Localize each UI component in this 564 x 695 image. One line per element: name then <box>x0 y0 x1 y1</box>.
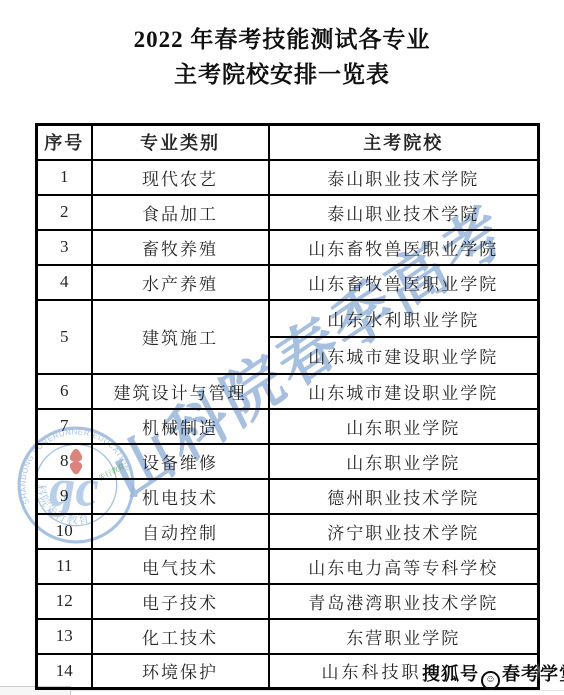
major-cell: 自动控制 <box>92 514 269 549</box>
row-number-cell: 5 <box>37 300 92 374</box>
row-number-cell: 11 <box>37 549 92 584</box>
row-number-cell: 9 <box>37 479 92 514</box>
major-cell: 环境保护 <box>92 654 269 689</box>
table-row: 9机电技术德州职业技术学院 <box>37 479 539 514</box>
table-row: 8设备维修山东职业学院 <box>37 444 539 479</box>
major-cell: 电子技术 <box>92 584 269 619</box>
major-cell: 现代农艺 <box>92 160 269 195</box>
header-no: 序号 <box>37 125 92 160</box>
college-cell: 德州职业技术学院 <box>269 479 539 514</box>
college-cell: 东营职业学院 <box>269 619 539 654</box>
college-cell: 山东电力高等专科学校 <box>269 549 539 584</box>
page-bottom-divider <box>0 690 564 691</box>
major-cell: 建筑设计与管理 <box>92 374 269 409</box>
college-cell: 山东职业学院 <box>269 444 539 479</box>
row-number-cell: 4 <box>37 265 92 300</box>
table-row: 1现代农艺泰山职业技术学院 <box>37 160 539 195</box>
major-cell: 化工技术 <box>92 619 269 654</box>
title-line-2: 主考院校安排一览表 <box>0 57 564 92</box>
college-cell: 山东职业学院 <box>269 409 539 444</box>
major-cell: 食品加工 <box>92 195 269 230</box>
title-line-1: 2022 年春考技能测试各专业 <box>0 22 564 57</box>
major-cell: 建筑施工 <box>92 300 269 374</box>
major-cell: 电气技术 <box>92 549 269 584</box>
table-row: 13化工技术东营职业学院 <box>37 619 539 654</box>
major-cell: 机电技术 <box>92 479 269 514</box>
page-title: 2022 年春考技能测试各专业 主考院校安排一览表 <box>0 22 564 92</box>
table-row: 4水产养殖山东畜牧兽医职业学院 <box>37 265 539 300</box>
table-row: 10自动控制济宁职业技术学院 <box>37 514 539 549</box>
table-row: 3畜牧养殖山东畜牧兽医职业学院 <box>37 230 539 265</box>
college-cell: 青岛港湾职业技术学院 <box>269 584 539 619</box>
major-cell: 设备维修 <box>92 444 269 479</box>
major-cell: 水产养殖 <box>92 265 269 300</box>
sohu-badge-icon: ☺ <box>481 671 500 690</box>
table-row: 5建筑施工山东水利职业学院 <box>37 300 539 337</box>
row-number-cell: 7 <box>37 409 92 444</box>
college-cell: 山东城市建设职业学院 <box>269 337 539 374</box>
college-cell: 泰山职业技术学院 <box>269 160 539 195</box>
table-row: 12电子技术青岛港湾职业技术学院 <box>37 584 539 619</box>
table-row: 7机械制造山东职业学院 <box>37 409 539 444</box>
sohu-account-name: 春考学堂 <box>502 664 564 684</box>
row-number-cell: 6 <box>37 374 92 409</box>
table-row: 6建筑设计与管理山东城市建设职业学院 <box>37 374 539 409</box>
college-cell: 山东畜牧兽医职业学院 <box>269 230 539 265</box>
table-body: 1现代农艺泰山职业技术学院2食品加工泰山职业技术学院3畜牧养殖山东畜牧兽医职业学… <box>37 160 539 689</box>
row-number-cell: 8 <box>37 444 92 479</box>
header-major: 专业类别 <box>92 125 269 160</box>
college-cell: 济宁职业技术学院 <box>269 514 539 549</box>
college-cell: 山东水利职业学院 <box>269 300 539 337</box>
row-number-cell: 10 <box>37 514 92 549</box>
row-number-cell: 2 <box>37 195 92 230</box>
college-cell: 泰山职业技术学院 <box>269 195 539 230</box>
exam-college-schedule-table: 序号 专业类别 主考院校 1现代农艺泰山职业技术学院2食品加工泰山职业技术学院3… <box>35 123 540 690</box>
row-number-cell: 1 <box>37 160 92 195</box>
sohu-account-watermark: 搜狐号☺春考学堂 <box>422 660 564 690</box>
major-cell: 畜牧养殖 <box>92 230 269 265</box>
college-cell: 山东城市建设职业学院 <box>269 374 539 409</box>
document-page: 2022 年春考技能测试各专业 主考院校安排一览表 山科院春季高考 SHANDO… <box>0 0 564 695</box>
sohu-account-label: 搜狐号 <box>422 664 479 684</box>
table-row: 2食品加工泰山职业技术学院 <box>37 195 539 230</box>
college-cell: 山东畜牧兽医职业学院 <box>269 265 539 300</box>
row-number-cell: 12 <box>37 584 92 619</box>
row-number-cell: 14 <box>37 654 92 689</box>
table-header-row: 序号 专业类别 主考院校 <box>37 125 539 160</box>
major-cell: 机械制造 <box>92 409 269 444</box>
table-row: 11电气技术山东电力高等专科学校 <box>37 549 539 584</box>
row-number-cell: 13 <box>37 619 92 654</box>
row-number-cell: 3 <box>37 230 92 265</box>
header-college: 主考院校 <box>269 125 539 160</box>
